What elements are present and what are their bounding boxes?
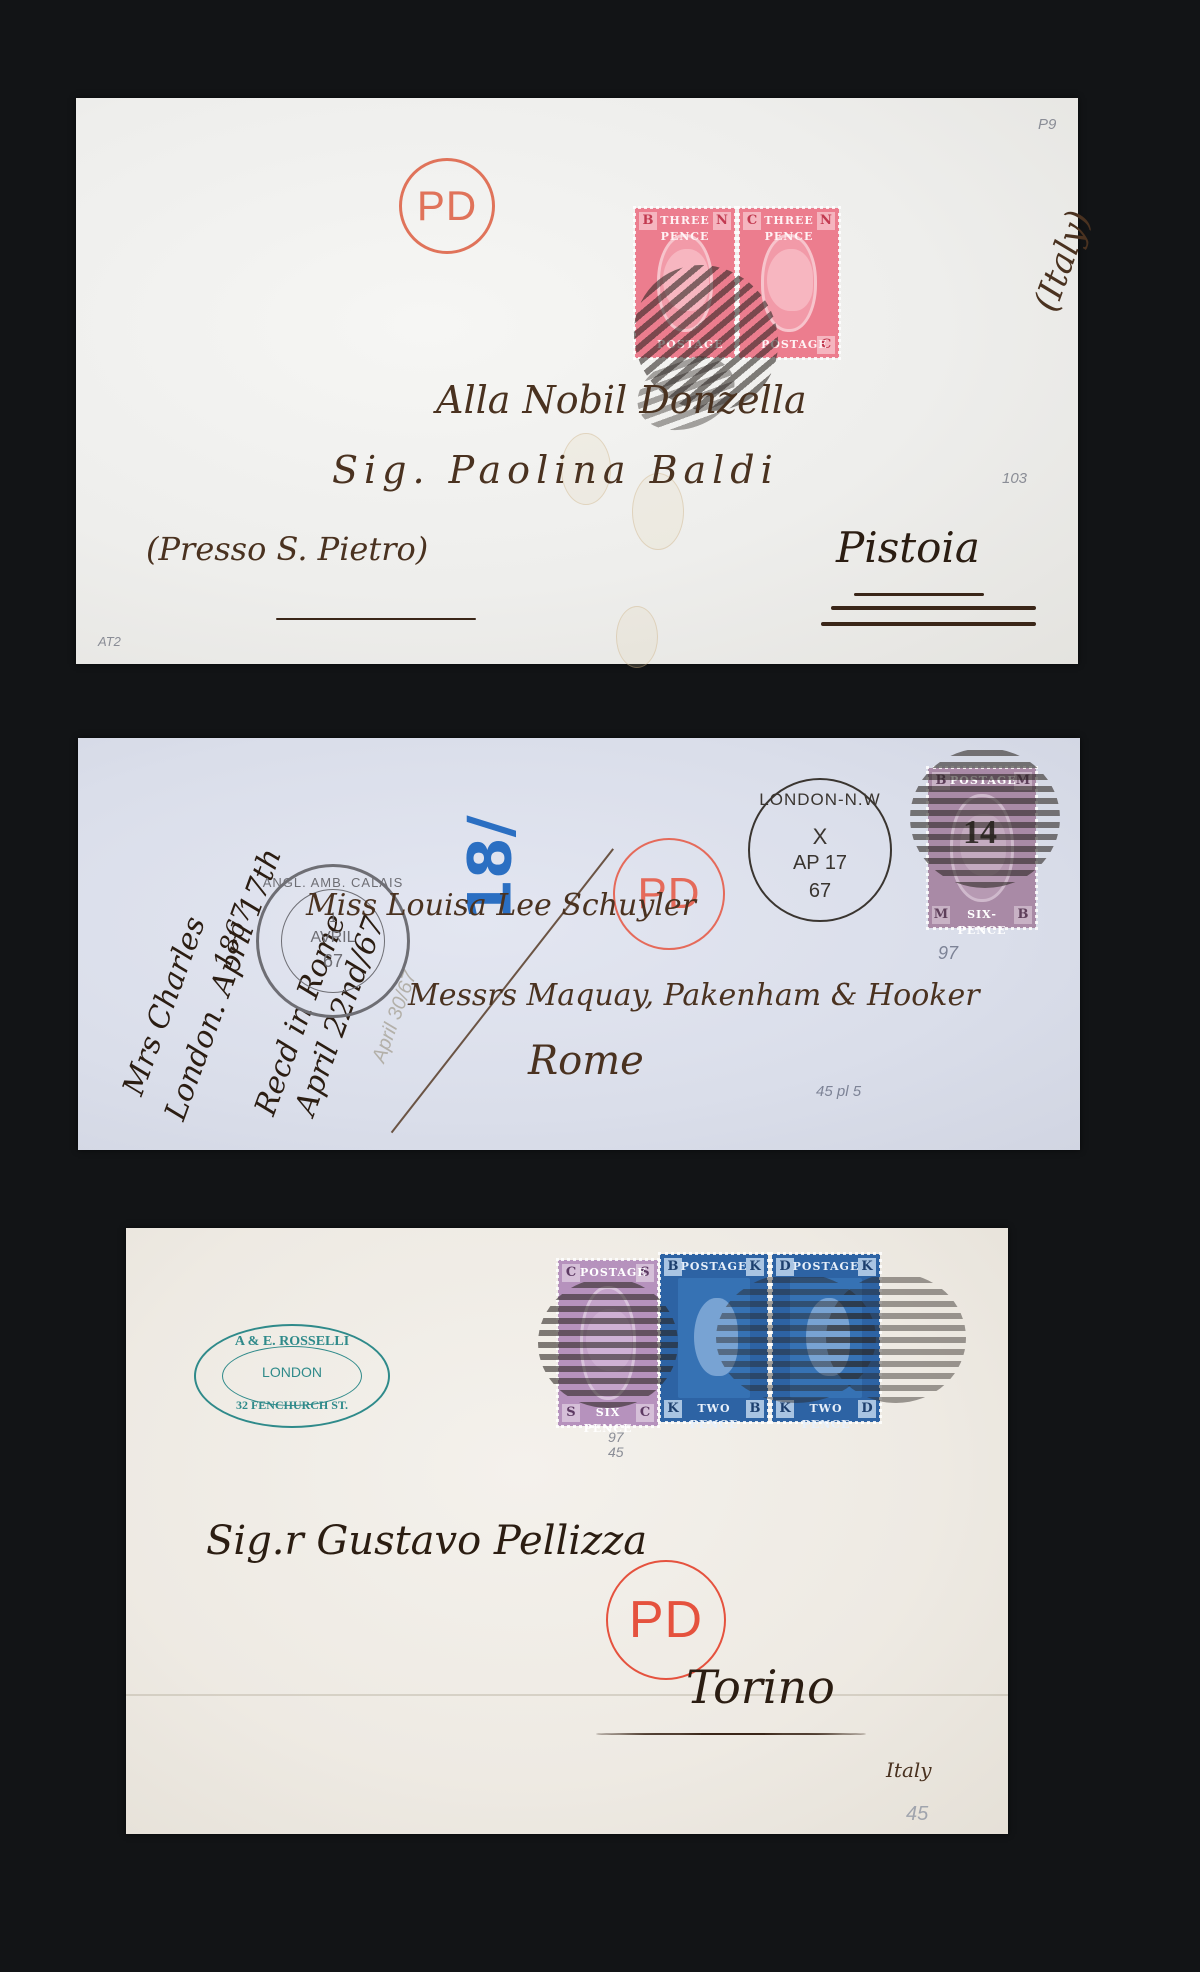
stamp-value: THREE PENCE xyxy=(761,213,817,229)
pencil-note: 97 xyxy=(608,1430,624,1444)
corner-letter: M xyxy=(932,906,950,924)
cachet-address: 32 FENCHURCH ST. xyxy=(196,1398,388,1413)
transit-month: AVRIL xyxy=(259,929,407,947)
corner-letter: S xyxy=(562,1404,580,1422)
pencil-note: 103 xyxy=(1002,470,1027,487)
stamp-value: SIX-PENCE xyxy=(950,907,1014,923)
address-line: Sig. Paolina Baldi xyxy=(332,448,779,492)
corner-letter: N xyxy=(817,212,835,230)
address-line-city: Torino xyxy=(686,1660,835,1714)
pencil-note: 45 xyxy=(608,1444,624,1460)
address-line: Messrs Maquay, Pakenham & Hooker xyxy=(408,978,980,1013)
address-line: Alla Nobil Donzella xyxy=(436,378,807,422)
london-datestamp: LONDON-N.W X AP 17 67 xyxy=(748,778,892,922)
stamp-value: TWO PENCE xyxy=(792,1401,860,1417)
barred-obliterator xyxy=(538,1278,678,1408)
corner-letter: B xyxy=(1014,906,1032,924)
underline xyxy=(596,1733,866,1735)
corner-letter: D xyxy=(858,1400,876,1418)
pencil-note: 45 xyxy=(906,1803,928,1826)
address-line-city: Rome xyxy=(528,1038,644,1084)
pencil-note: 45 pl 5 xyxy=(816,1083,861,1100)
cover-pistoia: PD B N THREE PENCE POSTAGE C N C THREE P… xyxy=(76,98,1078,664)
pencil-note: 97 xyxy=(938,943,958,964)
cover-torino: A & E. ROSSELLI LONDON 32 FENCHURCH ST. … xyxy=(126,1228,1008,1834)
barred-obliterator xyxy=(826,1273,966,1403)
route-note: (Italy) xyxy=(1026,205,1099,316)
route-note: Italy xyxy=(886,1758,932,1782)
fold-line xyxy=(126,1694,1008,1696)
stamp-value: THREE PENCE xyxy=(657,213,713,229)
strike-line xyxy=(821,622,1036,626)
address-line-city: Pistoia xyxy=(836,523,980,572)
pd-text: PD xyxy=(417,182,477,230)
transit-year: 67 xyxy=(259,951,407,972)
cds-office: LONDON-N.W xyxy=(750,790,890,810)
pd-handstamp: PD xyxy=(399,158,495,254)
cachet-firm: A & E. ROSSELLI xyxy=(196,1334,388,1350)
pencil-note: AT2 xyxy=(98,634,121,649)
corner-letter: C xyxy=(743,212,761,230)
address-line: Sig.r Gustavo Pellizza xyxy=(206,1518,647,1564)
address-line: (Presso S. Pietro) xyxy=(146,530,428,568)
firm-cachet: A & E. ROSSELLI LONDON 32 FENCHURCH ST. xyxy=(194,1324,390,1428)
pencil-note: P9 xyxy=(1038,116,1056,133)
cds-date: AP 17 xyxy=(750,852,890,875)
cachet-city: LONDON xyxy=(196,1364,388,1380)
queen-head-icon xyxy=(767,249,813,311)
corner-letter: K xyxy=(858,1258,876,1276)
stamp-label: POSTAGE xyxy=(680,1259,748,1275)
pd-text: PD xyxy=(629,1590,703,1650)
cds-year: 67 xyxy=(750,880,890,903)
underline xyxy=(854,593,984,596)
address-line: Miss Louisa Lee Schuyler xyxy=(306,888,696,923)
corner-letter: K xyxy=(746,1258,764,1276)
corner-letter: C xyxy=(636,1404,654,1422)
strike-line xyxy=(831,606,1036,610)
cds-code: X xyxy=(750,824,890,850)
foxing-stain xyxy=(616,606,658,668)
obliterator-number: 14 xyxy=(963,814,997,852)
corner-letter: N xyxy=(713,212,731,230)
corner-letter: B xyxy=(639,212,657,230)
cover-rome: Mrs Charles London. April 17th 1867 Recd… xyxy=(78,738,1080,1150)
underline xyxy=(276,618,476,620)
stamp-value: TWO PENCE xyxy=(680,1401,748,1417)
corner-letter: C xyxy=(562,1264,580,1282)
corner-letter: B xyxy=(746,1400,764,1418)
